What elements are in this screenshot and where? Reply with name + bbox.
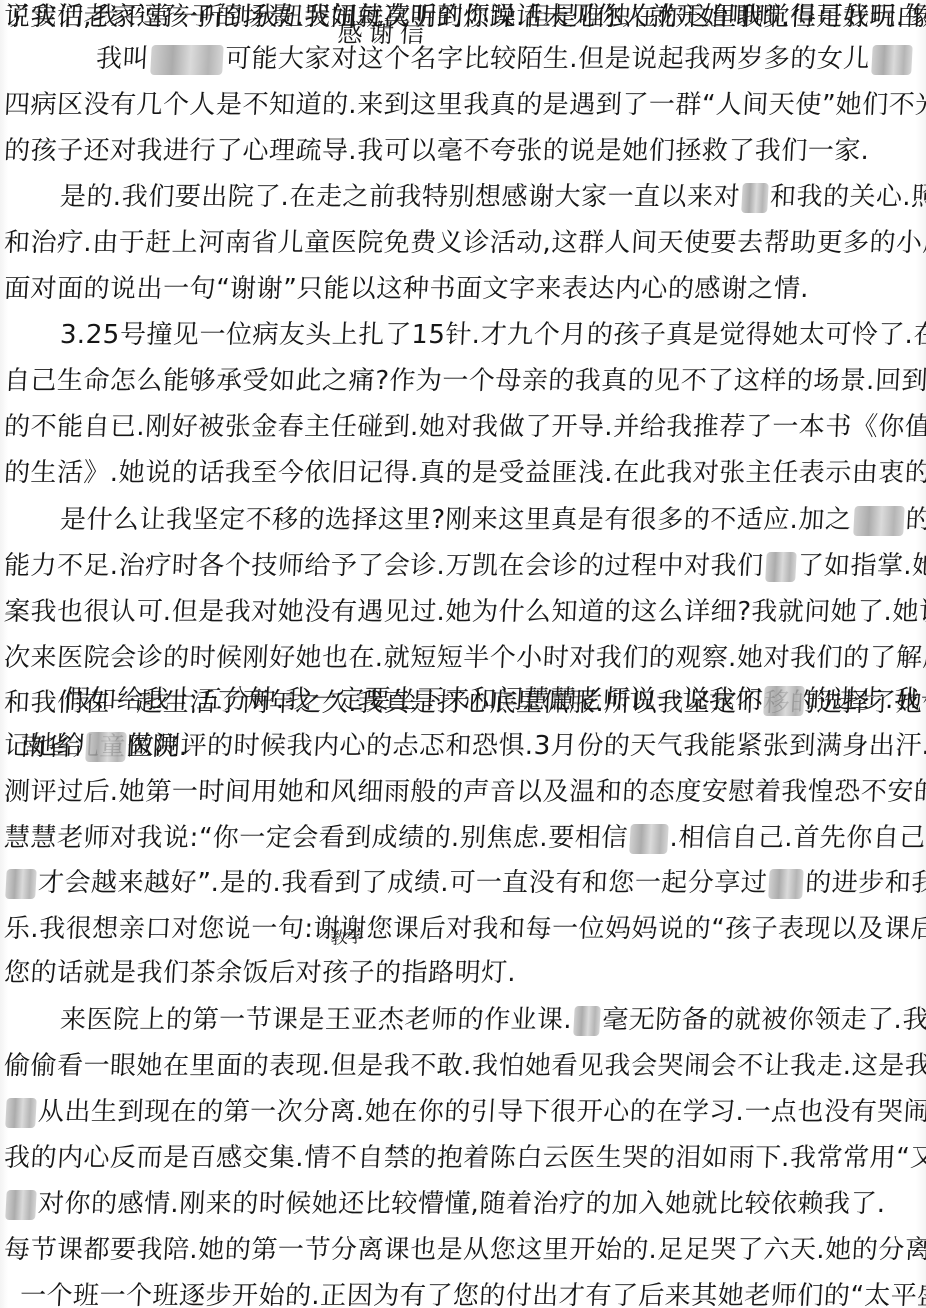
letter-line: 四病区没有几个人是不知道的.来到这里我真的是遇到了一群“人间天使”她们不光帮助了… [0,88,926,122]
line-text: 的孩子还对我进行了心理疏导.我可以毫不夸张的说是她们拯救了我们一家. [3,136,870,166]
redacted-name-blur [763,686,805,716]
letter-line: 对你的感情.刚来的时候她还比较懵懂,随着治疗的加入她就比较依赖我了. [0,1187,926,1221]
line-text: 次来医院会诊的时候刚好她也在.就短短半个小时对我们的观察.她对我们的了解度仿佛 [3,643,926,673]
line-text: 测评过后.她第一时间用她和风细雨般的声音以及温和的态度安慰着我惶恐不安的内心 [3,777,926,807]
letter-paper: 感谢信 我叫可能大家对这个名字比较陌生.但是说起我两岁多的女儿四病区没有几个人是… [0,0,926,1308]
line-text: 才会越来越好”.是的.我看到了成绩.可一直没有和您一起分享过 [37,868,768,898]
letter-line: 和治疗.由于赶上河南省儿童医院免费义诊活动,这群人间天使要去帮助更多的小朋友.我… [0,226,926,260]
letter-line: 能力不足.治疗时各个技师给予了会诊.万凯在会诊的过程中对我们了如指掌.她制定的方 [0,549,926,583]
line-text: 和治疗.由于赶上河南省儿童医院免费义诊活动,这群人间天使要去帮助更多的小朋友.我… [3,228,926,258]
letter-line: 假如给我十五分钟.我一定要坐下来和闫慧慧老师说一说我们的进步.我一辈子也不会忘 [0,683,926,717]
redacted-name-blur [765,552,797,582]
line-text: 是的.我们要出院了.在走之前我特别想感谢大家一直以来对 [59,182,741,212]
line-text: 一个班一个班逐步开始的.正因为有了您的付出才有了后来其她老师们的“太平盛世”. [19,1281,926,1308]
line-text: 了我们老家逗孩子的场景.我妞每次听到你说话未见你人就开始唧唧.但是我明白她有 [3,2,926,32]
line-text: .相信自己.首先你自己调整好 [669,823,926,853]
line-text: 您的话就是我们茶余饭后对孩子的指路明灯. [3,958,517,988]
letter-line: 的孩子还对我进行了心理疏导.我可以毫不夸张的说是她们拯救了我们一家. [0,134,926,168]
redacted-name-blur [150,45,224,75]
line-text: 自己生命怎么能够承受如此之痛?作为一个母亲的我真的见不了这样的场景.回到病房我早… [3,366,926,396]
redacted-name-blur [741,183,769,213]
inserted-annotation: 教学 [329,922,365,949]
letter-line: 的生活》.她说的话我至今依旧记得.真的是受益匪浅.在此我对张主任表示由衷的感谢 [0,456,926,490]
letter-line: 来医院上的第一节课是王亚杰老师的作业课.毫无防备的就被你领走了.我多么想 [0,1003,926,1037]
line-text: 从出生到现在的第一次分离.她在你的引导下很开心的在学习.一点也没有哭闹或不舍 [37,1097,926,1127]
letter-line: 是的.我们要出院了.在走之前我特别想感谢大家一直以来对和我的关心.照顾 [0,180,926,214]
line-text: 的进步.我一辈子也不会忘 [805,685,926,715]
letter-line: 从出生到现在的第一次分离.她在你的引导下很开心的在学习.一点也没有哭闹或不舍 [0,1095,926,1129]
letter-line: 每节课都要我陪.她的第一节分离课也是从您这里开始的.足足哭了六天.她的分离课是 [0,1233,926,1267]
redacted-name-blur [573,1006,601,1036]
letter-line: 您的话就是我们茶余饭后对孩子的指路明灯. [0,956,926,990]
line-text: 3.25号撞见一位病友头上扎了15针.才九个月的孩子真是觉得她太可怜了.在心里默… [59,320,926,350]
letter-line: 记她给做测评的时候我内心的忐忑和恐惧.3月份的天气我能紧张到满身出汗. [0,729,926,763]
letter-line: 的不能自已.刚好被张金春主任碰到.她对我做了开导.并给我推荐了一本书《你值得生死 [0,410,926,444]
letter-line: 偷偷看一眼她在里面的表现.但是我不敢.我怕她看见我会哭闹会不让我走.这是我和 [0,1049,926,1083]
line-text: 对你的感情.刚来的时候她还比较懵懂,随着治疗的加入她就比较依赖我了. [37,1189,886,1219]
redacted-name-blur [5,1098,37,1128]
line-text: 假如给我十五分钟.我一定要坐下来和闫慧慧老师说一说我们 [63,685,762,715]
line-text: 我叫 [95,44,150,74]
redacted-name-blur [5,1190,37,1220]
line-text: 了如指掌.她制定的方 [797,551,926,581]
redacted-name-blur [85,732,127,762]
redacted-name-blur [629,824,669,854]
letter-line: 慧慧老师对我说:“你一定会看到成绩的.别焦虑.要相信.相信自己.首先你自己调整好 [0,821,926,855]
line-text: 我的内心反而是百感交集.情不自禁的抱着陈白云医生哭的泪如雨下.我常常用“又爱又恨… [3,1143,926,1173]
letter-line: 次来医院会诊的时候刚好她也在.就短短半个小时对我们的观察.她对我们的了解度仿佛 [0,641,926,675]
line-text: 偷偷看一眼她在里面的表现.但是我不敢.我怕她看见我会哭闹会不让我走.这是我和 [3,1051,926,1081]
redacted-name-blur [853,506,905,536]
letter-line: 自己生命怎么能够承受如此之痛?作为一个母亲的我真的见不了这样的场景.回到病房我早… [0,364,926,398]
line-text: 慧慧老师对我说:“你一定会看到成绩的.别焦虑.要相信 [3,823,628,853]
letter-line: 我叫可能大家对这个名字比较陌生.但是说起我两岁多的女儿 [0,42,926,76]
line-text: 和我的关心.照顾 [769,182,926,212]
redacted-name-blur [871,45,913,75]
letter-line: 乐.我很想亲口对您说一句:谢谢您课后对我和每一位妈妈说的“孩子表现以及课后练习 [0,912,926,946]
line-text: 毫无防备的就被你领走了.我多么想 [601,1005,926,1035]
letter-line: 是什么让我坚定不移的选择这里?刚来这里真是有很多的不适应.加之的适应 [0,503,926,537]
line-text: 每节课都要我陪.她的第一节分离课也是从您这里开始的.足足哭了六天.她的分离课是 [3,1235,926,1265]
letter-line: 才会越来越好”.是的.我看到了成绩.可一直没有和您一起分享过的进步和我的快 [0,866,926,900]
line-text: 记她给 [3,731,84,761]
letter-line: 3.25号撞见一位病友头上扎了15针.才九个月的孩子真是觉得她太可怜了.在心里默… [0,318,926,352]
line-text: 面对面的说出一句“谢谢”只能以这种书面文字来表达内心的感谢之情. [3,274,810,304]
line-text: 可能大家对这个名字比较陌生.但是说起我两岁多的女儿 [224,44,870,74]
letter-line: 案我也很认可.但是我对她没有遇见过.她为什么知道的这么详细?我就问她了.她说我们… [0,595,926,629]
line-text: 是什么让我坚定不移的选择这里?刚来这里真是有很多的不适应.加之 [59,505,852,535]
line-text: 做测评的时候我内心的忐忑和恐惧.3月份的天气我能紧张到满身出汗. [127,731,926,761]
line-text: 四病区没有几个人是不知道的.来到这里我真的是遇到了一群“人间天使”她们不光帮助了… [3,90,926,120]
line-text: 的生活》.她说的话我至今依旧记得.真的是受益匪浅.在此我对张主任表示由衷的感谢 [3,458,926,488]
redacted-name-blur [768,869,804,899]
line-text: 的适应 [905,505,926,535]
letter-line: 一个班一个班逐步开始的.正因为有了您的付出才有了后来其她老师们的“太平盛世”. [0,1279,926,1308]
line-text: 的进步和我的快 [804,868,926,898]
letter-line: 了我们老家逗孩子的场景.我妞每次听到你说话未见你人就开始唧唧.但是我明白她有 [0,0,926,34]
letter-line: 测评过后.她第一时间用她和风细雨般的声音以及温和的态度安慰着我惶恐不安的内心 [0,775,926,809]
redacted-name-blur [5,869,37,899]
line-text: 的不能自已.刚好被张金春主任碰到.她对我做了开导.并给我推荐了一本书《你值得生死 [3,412,926,442]
line-text: 乐.我很想亲口对您说一句:谢谢您课后对我和每一位妈妈说的“孩子表现以及课后练习 [3,914,926,944]
line-text: 来医院上的第一节课是王亚杰老师的作业课. [59,1005,573,1035]
line-text: 案我也很认可.但是我对她没有遇见过.她为什么知道的这么详细?我就问她了.她说我们… [3,597,926,627]
letter-line: 面对面的说出一句“谢谢”只能以这种书面文字来表达内心的感谢之情. [0,272,926,306]
letter-line: 我的内心反而是百感交集.情不自禁的抱着陈白云医生哭的泪如雨下.我常常用“又爱又恨… [0,1141,926,1175]
line-text: 能力不足.治疗时各个技师给予了会诊.万凯在会诊的过程中对我们 [3,551,764,581]
